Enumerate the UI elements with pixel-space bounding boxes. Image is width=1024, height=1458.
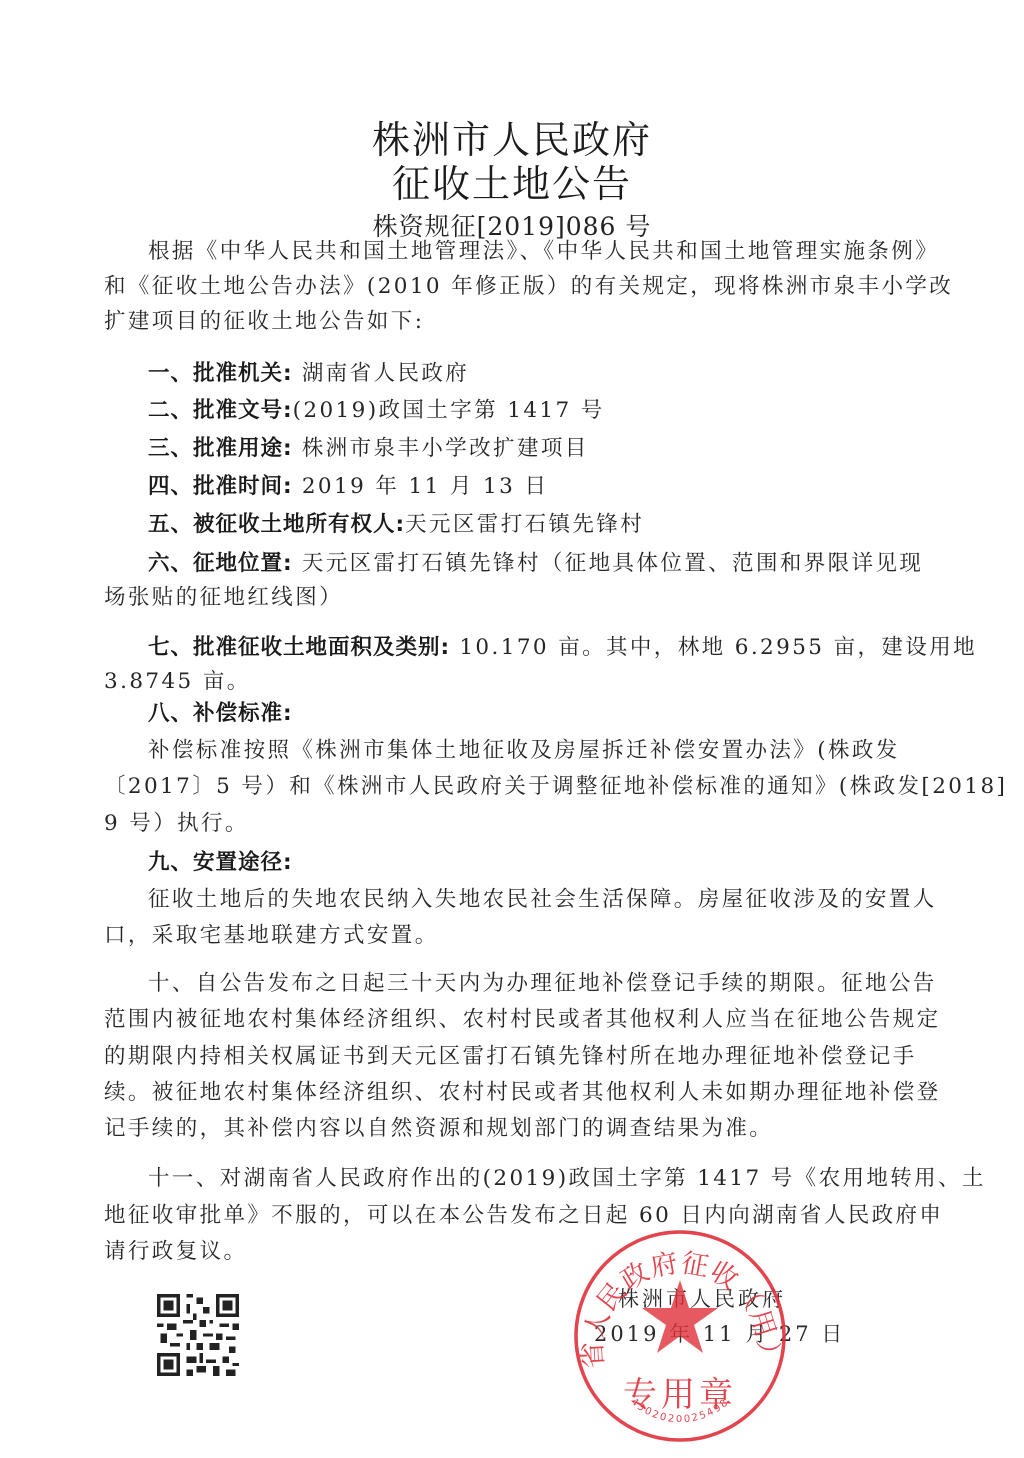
- registration-line-2: 范围内被征地农村集体经济组织、农村村民或者其他权利人应当在征地公告规定: [104, 1006, 941, 1034]
- intro-line-2: 和《征收土地公告办法》(2010 年修正版）的有关规定，现将株洲市泉丰小学改: [104, 273, 953, 301]
- item-land-owner: 五、被征收土地所有权人:天元区雷打石镇先锋村: [148, 511, 644, 539]
- item-land-location-cont: 场张贴的征地红线图）: [104, 584, 343, 612]
- item-label: 六、征地位置:: [148, 551, 293, 576]
- item-land-location: 六、征地位置: 天元区雷打石镇先锋村（征地具体位置、范围和界限详见现: [148, 550, 923, 578]
- item-value: 10.170 亩。其中，林地 6.2955 亩，建设用地: [450, 635, 977, 660]
- registration-line-1: 十、自公告发布之日起三十天内为办理征地补偿登记手续的期限。征地公告: [148, 970, 937, 998]
- item-label: 七、批准征收土地面积及类别:: [148, 635, 450, 660]
- item-land-area: 七、批准征收土地面积及类别: 10.170 亩。其中，林地 6.2955 亩，建…: [148, 634, 977, 662]
- item-value: 湖南省人民政府: [293, 361, 470, 386]
- registration-line-5: 记手续的，其补偿内容以自然资源和规划部门的调查结果为准。: [104, 1115, 773, 1143]
- intro-line-1: 根据《中华人民共和国土地管理法》、《中华人民共和国土地管理实施条例》: [148, 238, 939, 266]
- issuer-title: 株洲市人民政府: [0, 118, 1024, 162]
- official-seal: 湖南省人民政府征收（用）土地 专用章 4302020025498: [572, 1228, 788, 1444]
- item-approval-number: 二、批准文号:(2019)政国土字第 1417 号: [148, 397, 605, 425]
- item-resettlement-heading: 九、安置途径:: [148, 849, 293, 877]
- item-label: 一、批准机关:: [148, 361, 293, 386]
- item-label: 三、批准用途:: [148, 436, 293, 461]
- item-approval-purpose: 三、批准用途: 株洲市泉丰小学改扩建项目: [148, 435, 589, 463]
- intro-line-3: 扩建项目的征收土地公告如下:: [104, 308, 424, 336]
- review-line-2: 地征收审批单》不服的，可以在本公告发布之日起 60 日内向湖南省人民政府申: [104, 1202, 943, 1230]
- item-value: (2019)政国土字第 1417 号: [293, 398, 605, 423]
- item-value: 天元区雷打石镇先锋村（征地具体位置、范围和界限详见现: [293, 551, 924, 576]
- item-approval-date: 四、批准时间: 2019 年 11 月 13 日: [148, 473, 548, 501]
- item-approval-authority: 一、批准机关: 湖南省人民政府: [148, 360, 469, 388]
- registration-line-4: 续。被征地农村集体经济组织、农村村民或者其他权利人未如期办理征地补偿登: [104, 1079, 941, 1107]
- review-line-3: 请行政复议。: [104, 1238, 247, 1266]
- resettlement-line-2: 口，采取宅基地联建方式安置。: [104, 922, 439, 950]
- qr-code-icon: [157, 1294, 239, 1376]
- compensation-line-2: 〔2017〕5 号）和《株洲市人民政府关于调整征地补偿标准的通知》(株政发[20…: [104, 773, 1007, 801]
- compensation-line-3: 9 号）执行。: [104, 810, 249, 838]
- resettlement-line-1: 征收土地后的失地农民纳入失地农民社会生活保障。房屋征收涉及的安置人: [148, 886, 937, 914]
- compensation-line-1: 补偿标准按照《株洲市集体土地征收及房屋拆迁补偿安置办法》(株政发: [148, 737, 900, 765]
- item-value: 天元区雷打石镇先锋村: [405, 512, 644, 537]
- land-acquisition-notice: 株洲市人民政府 征收土地公告 株资规征[2019]086 号 根据《中华人民共和…: [0, 0, 1024, 1458]
- item-label: 五、被征收土地所有权人:: [148, 512, 405, 537]
- item-land-area-cont: 3.8745 亩。: [104, 668, 251, 696]
- item-label: 二、批准文号:: [148, 398, 293, 423]
- notice-title: 征收土地公告: [0, 162, 1024, 206]
- seal-star-icon: [642, 1280, 718, 1353]
- review-line-1: 十一、对湖南省人民政府作出的(2019)政国土字第 1417 号《农用地转用、土: [148, 1165, 986, 1193]
- item-compensation-heading: 八、补偿标准:: [148, 700, 293, 728]
- item-value: 株洲市泉丰小学改扩建项目: [293, 436, 589, 461]
- registration-line-3: 的期限内持相关权属证书到天元区雷打石镇先锋村所在地办理征地补偿登记手: [104, 1043, 917, 1071]
- item-value: 2019 年 11 月 13 日: [293, 474, 549, 499]
- item-label: 四、批准时间:: [148, 474, 293, 499]
